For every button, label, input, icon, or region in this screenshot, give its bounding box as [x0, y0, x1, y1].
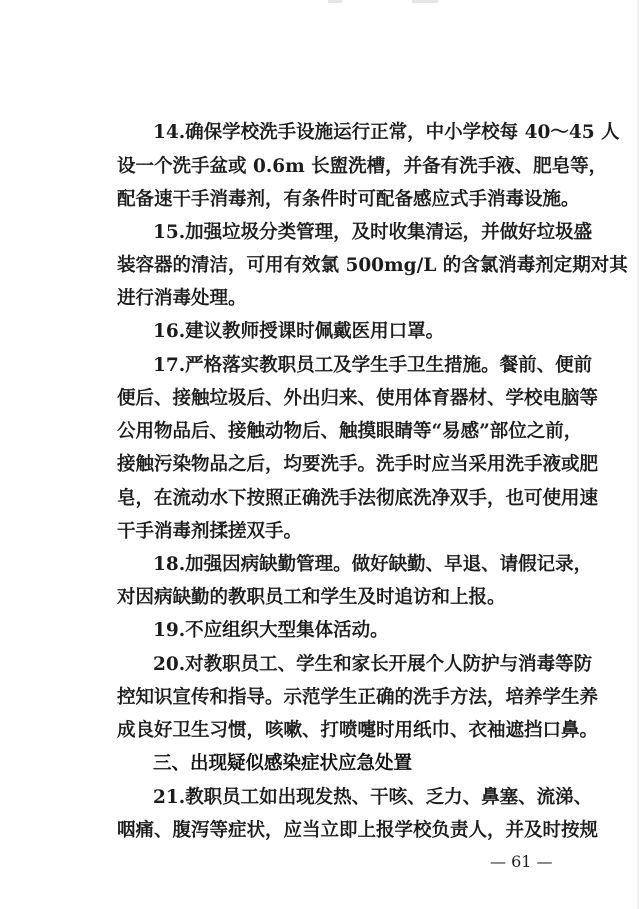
paragraph-17-line-4: 接触污染物品之后，均要洗手。洗手时应当采用洗手液或肥 [117, 453, 549, 477]
paragraph-18-line-2: 对因病缺勤的教职员工和学生及时追访和上报。 [117, 586, 549, 610]
paragraph-14-line-2: 设一个洗手盆或 0.6m 长盥洗槽，并备有洗手液、肥皂等， [117, 155, 549, 179]
section-heading-3: 三、出现疑似感染症状应急处置 [153, 752, 549, 776]
paragraph-21-line-1: 21.教职员工如出现发热、干咳、乏力、鼻塞、流涕、 [153, 786, 549, 810]
paragraph-15-line-3: 进行消毒处理。 [117, 287, 549, 311]
paragraph-17-line-5: 皂，在流动水下按照正确洗手法彻底洗净双手，也可使用速 [117, 487, 549, 511]
paragraph-15-line-1: 15.加强垃圾分类管理，及时收集清运，并做好垃圾盛 [153, 221, 549, 245]
paragraph-17-line-6: 干手消毒剂揉搓双手。 [117, 520, 549, 544]
paragraph-15-line-2: 装容器的清洁，可用有效氯 500mg/L 的含氯消毒剂定期对其 [117, 254, 549, 278]
scan-artifact [328, 0, 342, 3]
document-page: 14.确保学校洗手设施运行正常，中小学校每 40～45 人 设一个洗手盆或 0.… [0, 0, 639, 909]
paragraph-20-line-3: 成良好卫生习惯，咳嗽、打喷嚏时用纸巾、衣袖遮挡口鼻。 [117, 719, 549, 743]
paragraph-14-line-1: 14.确保学校洗手设施运行正常，中小学校每 40～45 人 [153, 121, 549, 145]
paragraph-20-line-2: 控知识宣传和指导。示范学生正确的洗手方法，培养学生养 [117, 686, 549, 710]
paragraph-20-line-1: 20.对教职员工、学生和家长开展个人防护与消毒等防 [153, 653, 549, 677]
paragraph-18-line-1: 18.加强因病缺勤管理。做好缺勤、早退、请假记录， [153, 553, 549, 577]
paragraph-19-line-1: 19.不应组织大型集体活动。 [153, 619, 549, 643]
paragraph-16-line-1: 16.建议教师授课时佩戴医用口罩。 [153, 320, 549, 344]
scan-artifact [412, 0, 438, 3]
paragraph-21-line-2: 咽痛、腹泻等症状，应当立即上报学校负责人，并及时按规 [117, 819, 549, 843]
page-number: — 61 — [490, 852, 553, 872]
paragraph-17-line-1: 17.严格落实教职员工及学生手卫生措施。餐前、便前 [153, 354, 549, 378]
paragraph-14-line-3: 配备速干手消毒剂，有条件时可配备感应式手消毒设施。 [117, 188, 549, 212]
paragraph-17-line-3: 公用物品后、接触动物后、触摸眼睛等“易感”部位之前， [117, 420, 549, 444]
paragraph-17-line-2: 便后、接触垃圾后、外出归来、使用体育器材、学校电脑等 [117, 387, 549, 411]
